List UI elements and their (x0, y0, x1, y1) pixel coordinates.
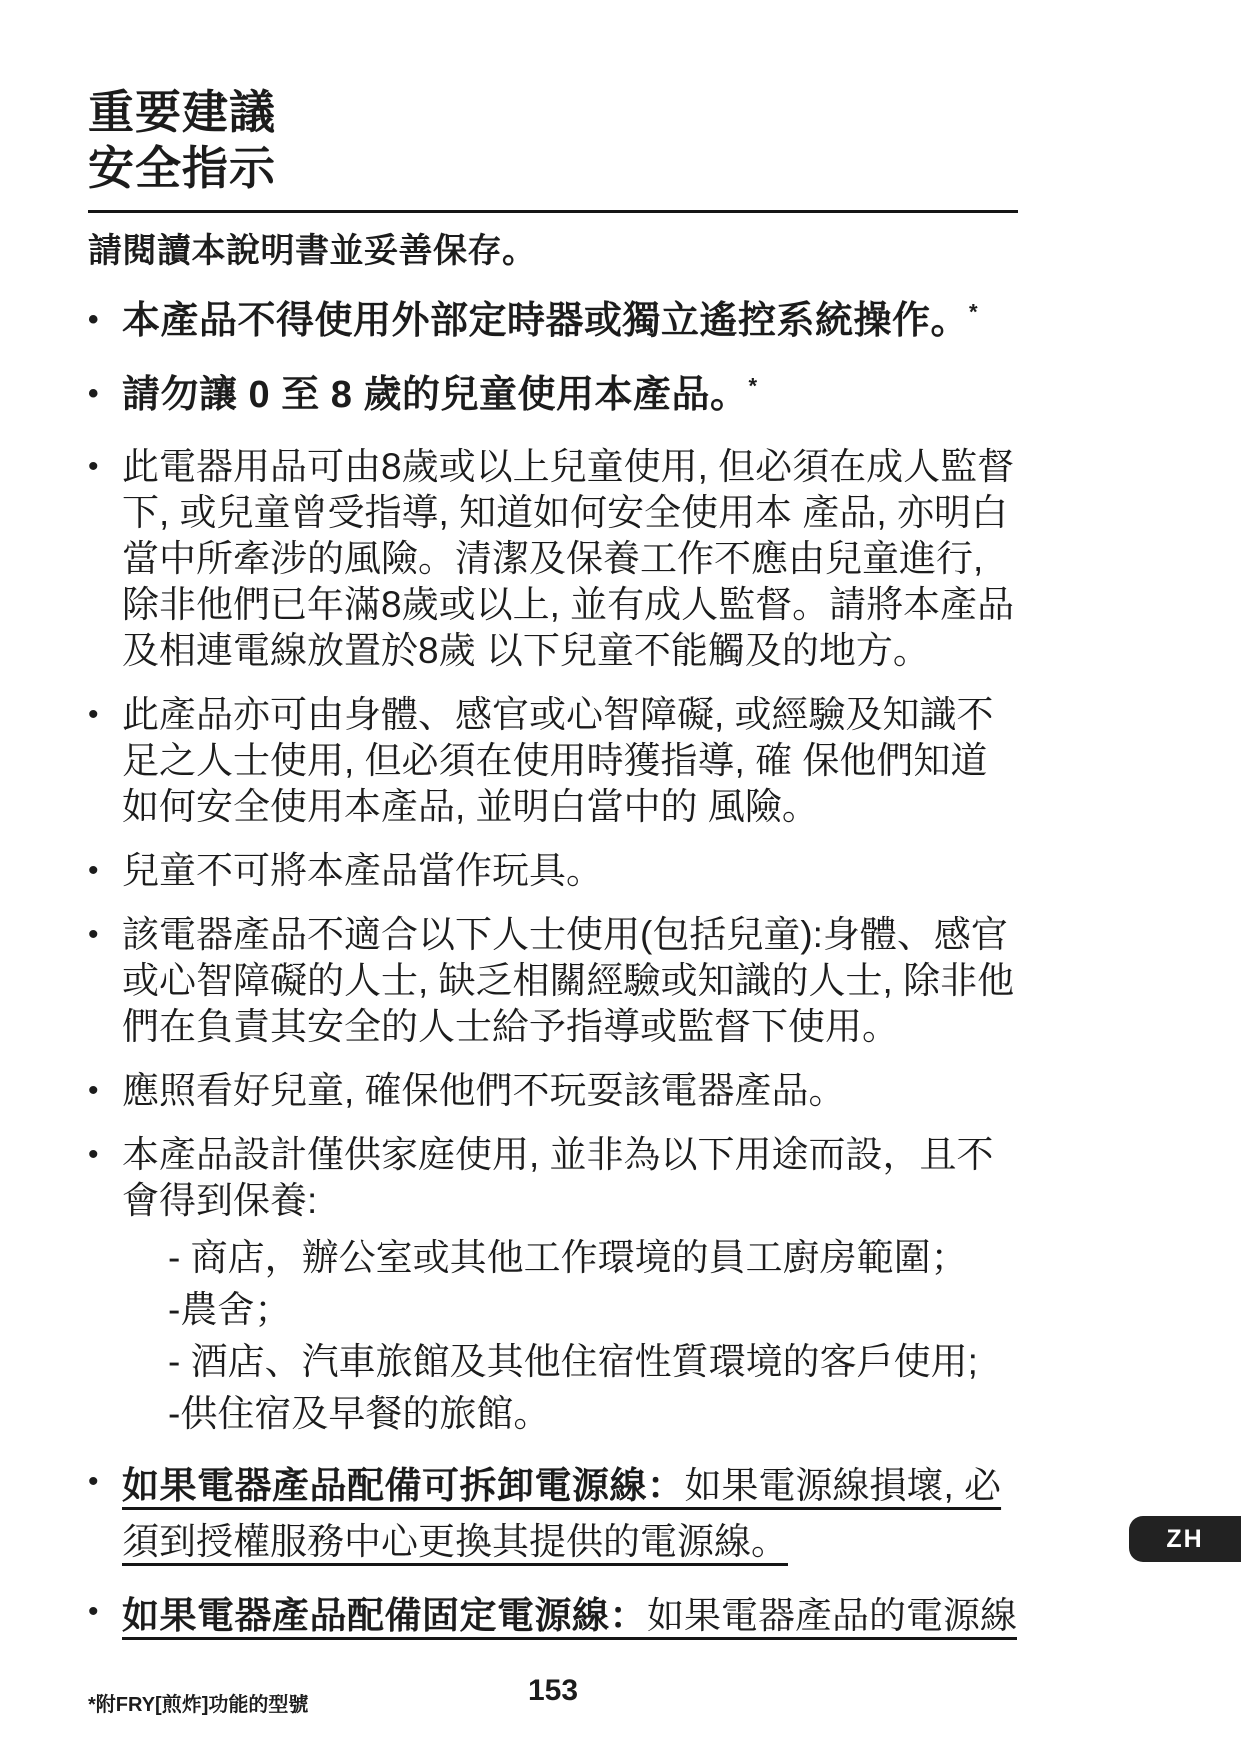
safety-bullet-item: • 如果電器產品配備可拆卸電源線：如果電源線損壞, 必須到授權服務中心更換其提供… (88, 1458, 1018, 1570)
bullet-marker: • (88, 370, 122, 418)
bullet-text: 本產品不得使用外部定時器或獨立遙控系統操作。* (122, 296, 1018, 346)
bullet-text: 該電器產品不適合以下人士使用(包括兒童):身體、感官或心智障礙的人士, 缺乏相關… (122, 912, 1018, 1050)
bullet-marker: • (88, 1458, 122, 1506)
bullet-lead-bold: 如果電器產品配備固定電源線： (122, 1595, 647, 1636)
language-tab-label: ZH (1166, 1525, 1203, 1554)
page-content: 重要建議 安全指示 請閱讀本說明書並妥善保存。 • 本產品不得使用外部定時器或獨… (88, 84, 1018, 1662)
safety-bullet-item: • 本產品設計僅供家庭使用, 並非為以下用途而設，且不會得到保養: - 商店，辦… (88, 1132, 1018, 1440)
bullet-text-main: 如果電器產品的電源線 (647, 1595, 1017, 1636)
bullet-text: 如果電器產品配備可拆卸電源線：如果電源線損壞, 必須到授權服務中心更換其提供的電… (122, 1458, 1018, 1570)
safety-bullet-item: • 此產品亦可由身體、感官或心智障礙, 或經驗及知識不足之人士使用, 但必須在使… (88, 692, 1018, 830)
bullet-marker: • (88, 1588, 122, 1636)
bullet-marker: • (88, 1068, 122, 1114)
sub-item: -農舍； (122, 1284, 1018, 1336)
title-line-1: 重要建議 (88, 86, 276, 138)
safety-bullet-item: • 如果電器產品配備固定電源線：如果電器產品的電源線 (88, 1588, 1018, 1644)
bullet-marker: • (88, 692, 122, 738)
title-line-2: 安全指示 (88, 142, 276, 194)
bullet-text-main: 請勿讓 0 至 8 歲的兒童使用本產品。 (122, 374, 749, 416)
page-number: 153 (88, 1674, 1018, 1708)
safety-bullet-item: • 本產品不得使用外部定時器或獨立遙控系統操作。* (88, 296, 1018, 346)
bullet-text: 此電器用品可由8歲或以上兒童使用, 但必須在成人監督下, 或兒童曾受指導, 知道… (122, 444, 1018, 674)
sub-item-list: - 商店，辦公室或其他工作環境的員工廚房範圍； -農舍； - 酒店、汽車旅館及其… (122, 1232, 1018, 1440)
manual-page: 重要建議 安全指示 請閱讀本說明書並妥善保存。 • 本產品不得使用外部定時器或獨… (0, 0, 1241, 1754)
language-tab: ZH (1129, 1516, 1241, 1562)
bullet-lead-bold: 如果電器產品配備可拆卸電源線： (122, 1465, 685, 1506)
intro-text: 請閱讀本說明書並妥善保存。 (88, 223, 1018, 272)
safety-bullet-item: • 兒童不可將本產品當作玩具。 (88, 848, 1018, 894)
bullet-text: 此產品亦可由身體、感官或心智障礙, 或經驗及知識不足之人士使用, 但必須在使用時… (122, 692, 1018, 830)
bullet-text: 如果電器產品配備固定電源線：如果電器產品的電源線 (122, 1588, 1018, 1644)
bullet-marker: • (88, 912, 122, 958)
bullet-marker: • (88, 296, 122, 344)
bullet-text-main: 本產品不得使用外部定時器或獨立遙控系統操作。 (122, 300, 969, 342)
bullet-text-main: 本產品設計僅供家庭使用, 並非為以下用途而設，且不會得到保養: (122, 1134, 994, 1221)
safety-bullet-item: • 請勿讓 0 至 8 歲的兒童使用本產品。* (88, 370, 1018, 420)
bullet-text: 本產品設計僅供家庭使用, 並非為以下用途而設，且不會得到保養: - 商店，辦公室… (122, 1132, 1018, 1440)
bullet-marker: • (88, 1132, 122, 1178)
safety-bullet-list: • 本產品不得使用外部定時器或獨立遙控系統操作。* • 請勿讓 0 至 8 歲的… (88, 296, 1018, 1644)
bullet-marker: • (88, 848, 122, 894)
bullet-text: 請勿讓 0 至 8 歲的兒童使用本產品。* (122, 370, 1018, 420)
safety-bullet-item: • 應照看好兒童, 確保他們不玩耍該電器產品。 (88, 1068, 1018, 1114)
sub-item: -供住宿及早餐的旅館。 (122, 1388, 1018, 1440)
safety-bullet-item: • 該電器產品不適合以下人士使用(包括兒童):身體、感官或心智障礙的人士, 缺乏… (88, 912, 1018, 1050)
sub-item: - 商店，辦公室或其他工作環境的員工廚房範圍； (122, 1232, 1018, 1284)
page-title: 重要建議 安全指示 (88, 84, 1018, 196)
footnote-asterisk: * (749, 374, 758, 399)
title-divider (88, 210, 1018, 213)
sub-item: - 酒店、汽車旅館及其他住宿性質環境的客戶使用; (122, 1336, 1018, 1388)
bullet-text: 兒童不可將本產品當作玩具。 (122, 848, 1018, 894)
safety-bullet-item: • 此電器用品可由8歲或以上兒童使用, 但必須在成人監督下, 或兒童曾受指導, … (88, 444, 1018, 674)
bullet-marker: • (88, 444, 122, 490)
bullet-text: 應照看好兒童, 確保他們不玩耍該電器產品。 (122, 1068, 1018, 1114)
footnote-asterisk: * (969, 300, 978, 325)
